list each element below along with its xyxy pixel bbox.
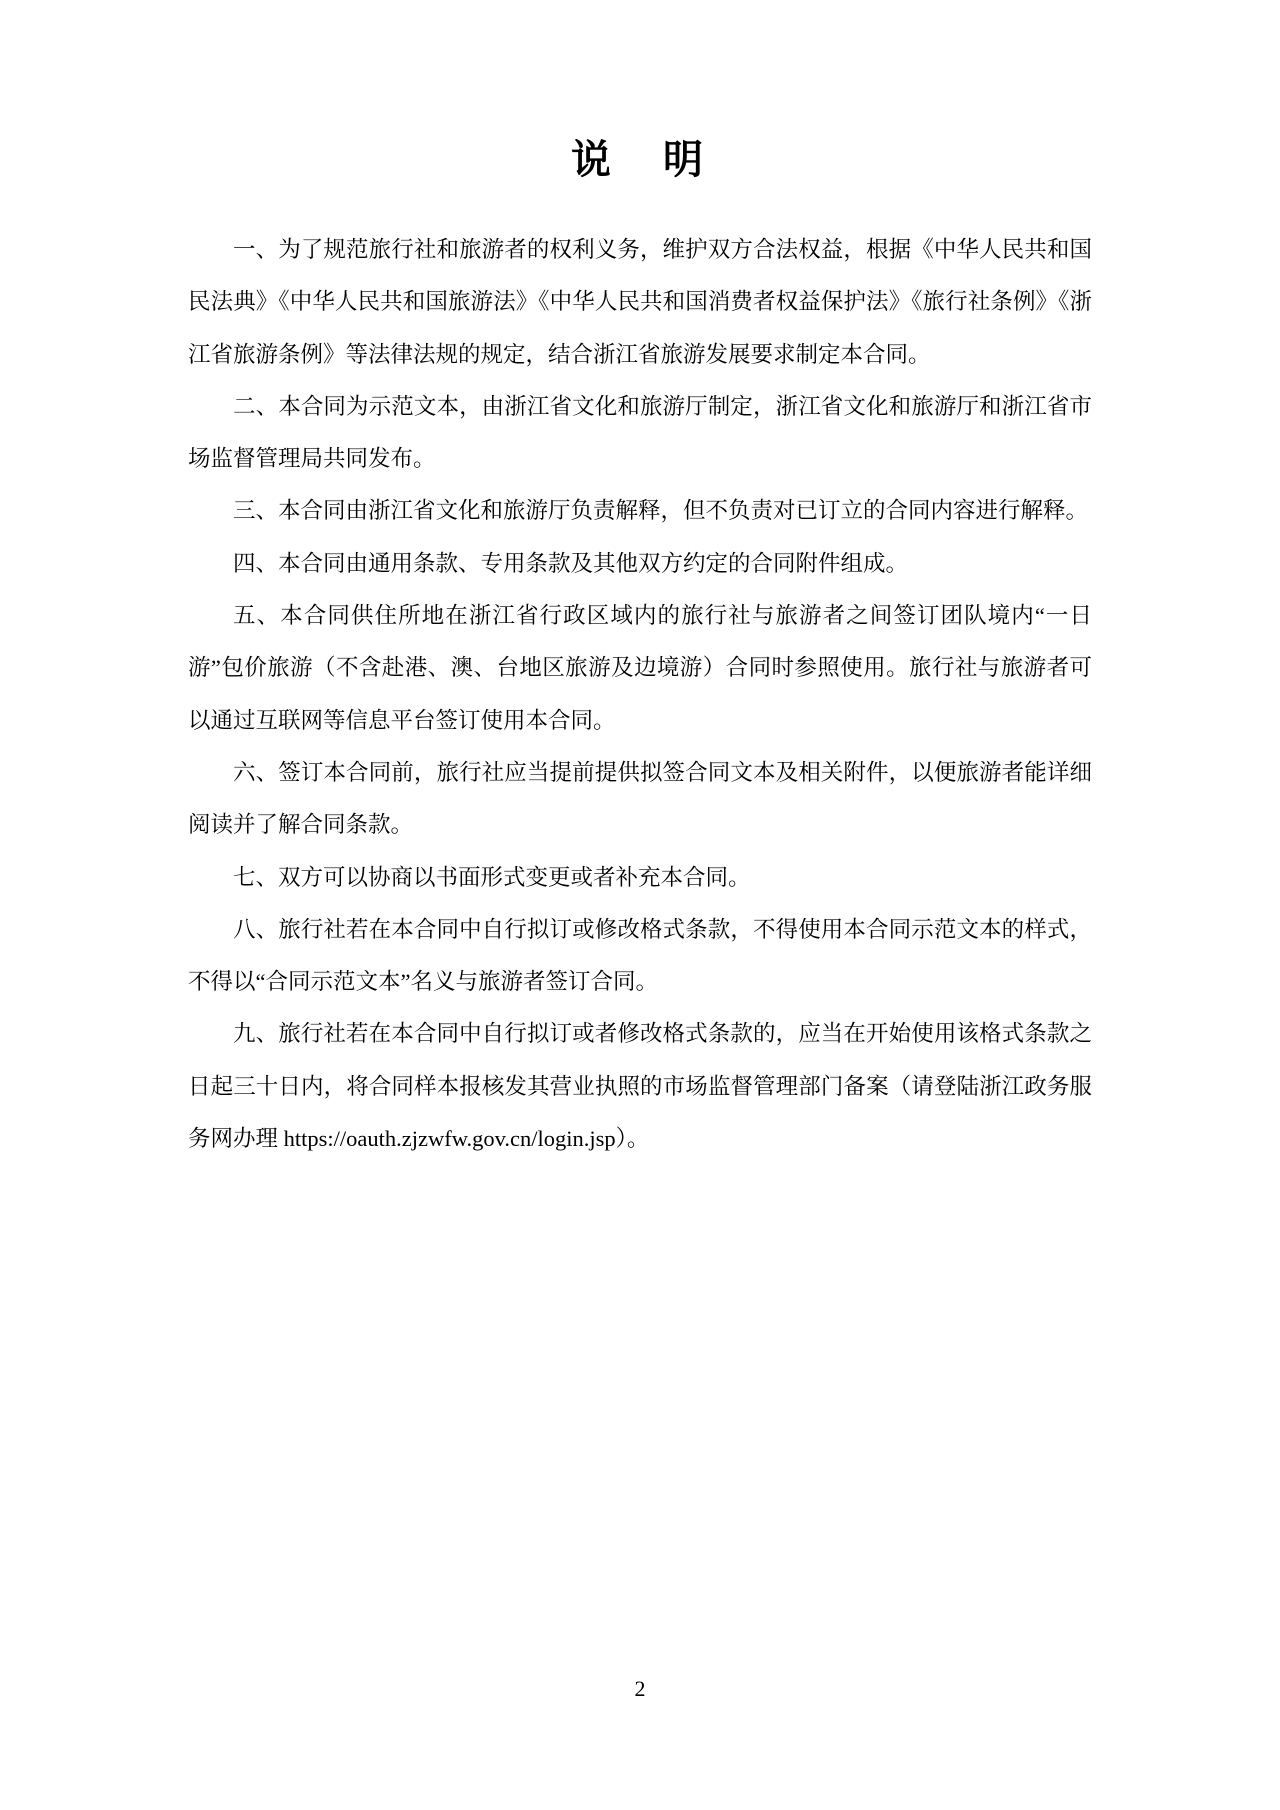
paragraph-6: 六、签订本合同前，旅行社应当提前提供拟签合同文本及相关附件，以便旅游者能详细阅读… — [188, 747, 1092, 852]
paragraph-1: 一、为了规范旅行社和旅游者的权利义务，维护双方合法权益，根据《中华人民共和国民法… — [188, 224, 1092, 381]
page-title: 说 明 — [0, 0, 1280, 184]
paragraph-5: 五、本合同供住所地在浙江省行政区域内的旅行社与旅游者之间签订团队境内“一日游”包… — [188, 590, 1092, 747]
document-body: 一、为了规范旅行社和旅游者的权利义务，维护双方合法权益，根据《中华人民共和国民法… — [188, 224, 1092, 1165]
paragraph-7: 七、双方可以协商以书面形式变更或者补充本合同。 — [188, 852, 1092, 904]
paragraph-4: 四、本合同由通用条款、专用条款及其他双方约定的合同附件组成。 — [188, 538, 1092, 590]
document-page: 说 明 一、为了规范旅行社和旅游者的权利义务，维护双方合法权益，根据《中华人民共… — [0, 0, 1280, 1810]
paragraph-8: 八、旅行社若在本合同中自行拟订或修改格式条款，不得使用本合同示范文本的样式，不得… — [188, 904, 1092, 1009]
paragraph-3: 三、本合同由浙江省文化和旅游厅负责解释，但不负责对已订立的合同内容进行解释。 — [188, 485, 1092, 537]
paragraph-9: 九、旅行社若在本合同中自行拟订或者修改格式条款的，应当在开始使用该格式条款之日起… — [188, 1008, 1092, 1165]
page-number: 2 — [0, 1676, 1280, 1702]
paragraph-2: 二、本合同为示范文本，由浙江省文化和旅游厅制定，浙江省文化和旅游厅和浙江省市场监… — [188, 381, 1092, 486]
